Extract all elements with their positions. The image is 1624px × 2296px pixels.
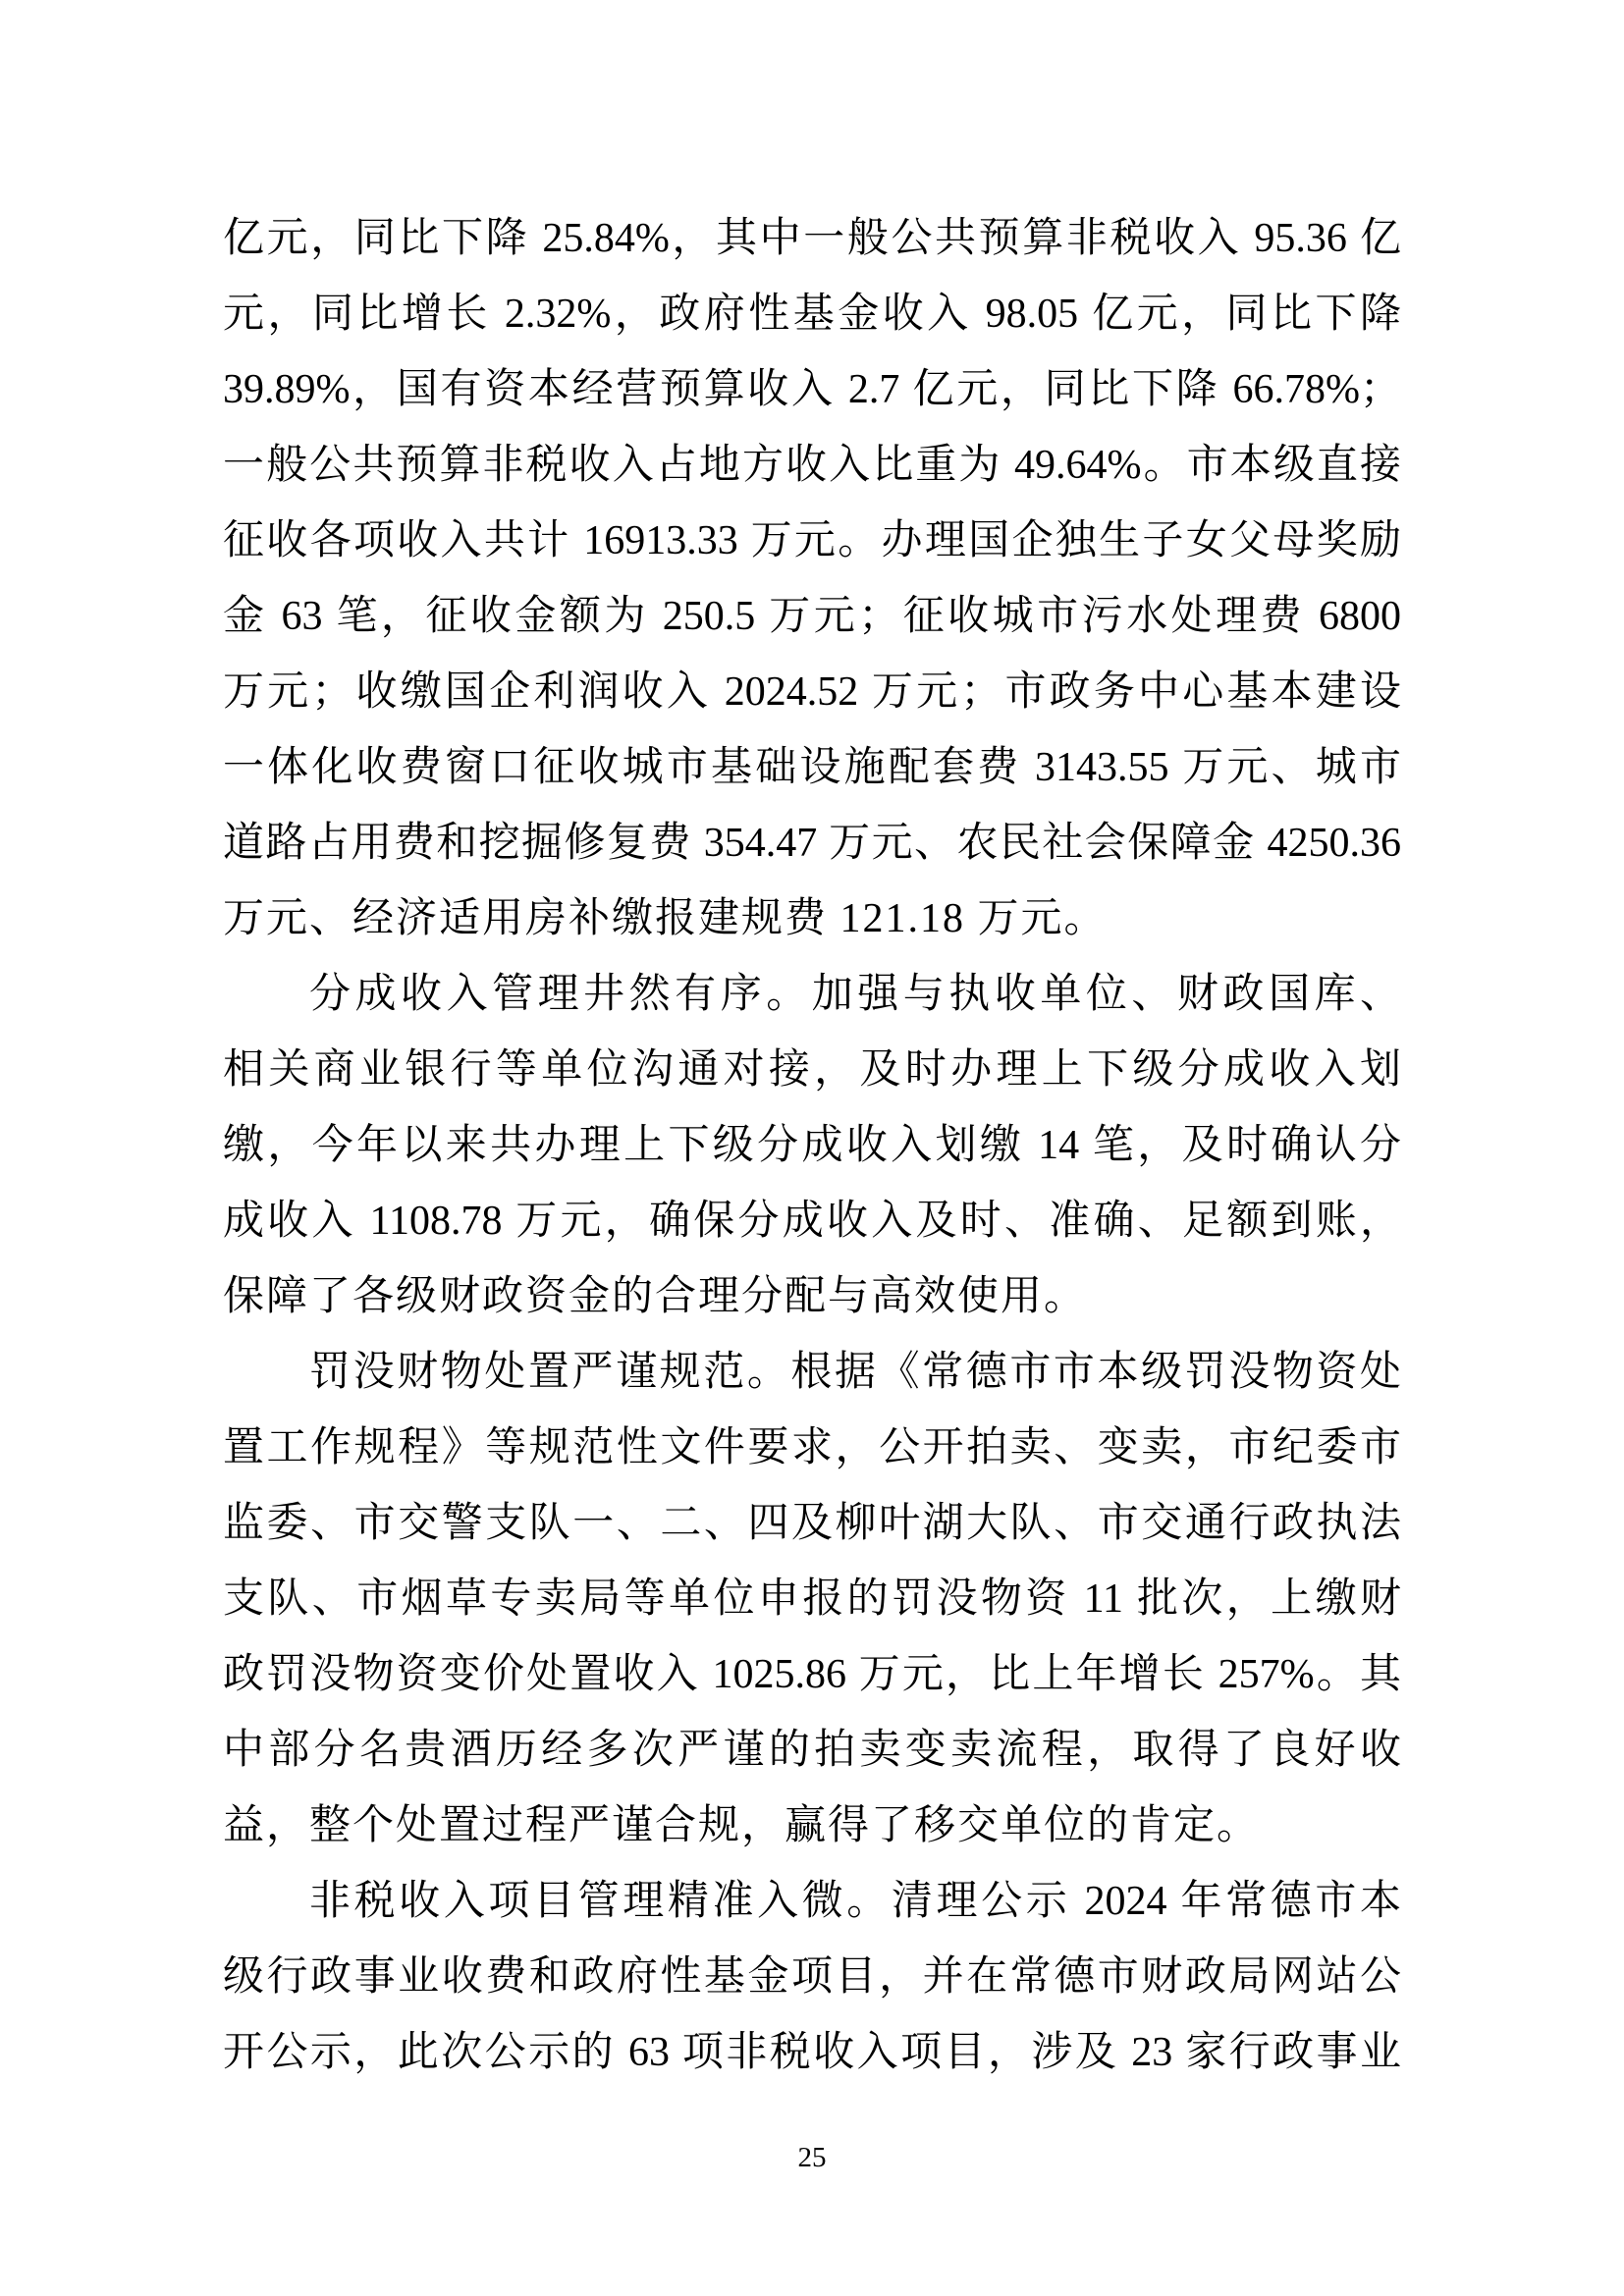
text-line: 成收入 1108.78 万元，确保分成收入及时、准确、足额到账，: [223, 1184, 1401, 1259]
page-number: 25: [0, 2138, 1624, 2177]
text-line: 39.89%，国有资本经营预算收入 2.7 亿元，同比下降 66.78%；: [223, 352, 1401, 428]
text-line: 监委、市交警支队一、二、四及柳叶湖大队、市交通行政执法: [223, 1486, 1401, 1562]
text-line: 置工作规程》等规范性文件要求，公开拍卖、变卖，市纪委市: [223, 1411, 1401, 1486]
document-page: 亿元，同比下降 25.84%，其中一般公共预算非税收入 95.36 亿元，同比增…: [0, 0, 1624, 2296]
text-line: 分成收入管理井然有序。加强与执收单位、财政国库、: [223, 957, 1401, 1033]
text-line: 保障了各级财政资金的合理分配与高效使用。: [223, 1259, 1401, 1335]
text-line: 非税收入项目管理精准入微。清理公示 2024 年常德市本: [223, 1864, 1401, 1940]
text-line: 金 63 笔，征收金额为 250.5 万元；征收城市污水处理费 6800: [223, 579, 1401, 655]
text-line: 道路占用费和挖掘修复费 354.47 万元、农民社会保障金 4250.36: [223, 806, 1401, 881]
text-line: 益，整个处置过程严谨合规，赢得了移交单位的肯定。: [223, 1789, 1401, 1864]
text-line: 一体化收费窗口征收城市基础设施配套费 3143.55 万元、城市: [223, 730, 1401, 806]
text-line: 支队、市烟草专卖局等单位申报的罚没物资 11 批次，上缴财: [223, 1562, 1401, 1637]
text-line: 缴，今年以来共办理上下级分成收入划缴 14 笔，及时确认分: [223, 1108, 1401, 1184]
text-line: 级行政事业收费和政府性基金项目，并在常德市财政局网站公: [223, 1940, 1401, 2015]
text-line: 开公示，此次公示的 63 项非税收入项目，涉及 23 家行政事业: [223, 2015, 1401, 2091]
text-block: 亿元，同比下降 25.84%，其中一般公共预算非税收入 95.36 亿元，同比增…: [223, 201, 1401, 2091]
text-line: 一般公共预算非税收入占地方收入比重为 49.64%。市本级直接: [223, 428, 1401, 504]
text-line: 征收各项收入共计 16913.33 万元。办理国企独生子女父母奖励: [223, 504, 1401, 579]
text-line: 元，同比增长 2.32%，政府性基金收入 98.05 亿元，同比下降: [223, 277, 1401, 352]
text-line: 亿元，同比下降 25.84%，其中一般公共预算非税收入 95.36 亿: [223, 201, 1401, 277]
text-line: 中部分名贵酒历经多次严谨的拍卖变卖流程，取得了良好收: [223, 1713, 1401, 1789]
text-line: 相关商业银行等单位沟通对接，及时办理上下级分成收入划: [223, 1033, 1401, 1108]
text-line: 政罚没物资变价处置收入 1025.86 万元，比上年增长 257%。其: [223, 1637, 1401, 1713]
text-line: 万元；收缴国企利润收入 2024.52 万元；市政务中心基本建设: [223, 655, 1401, 730]
text-line: 罚没财物处置严谨规范。根据《常德市市本级罚没物资处: [223, 1335, 1401, 1411]
text-line: 万元、经济适用房补缴报建规费 121.18 万元。: [223, 881, 1401, 957]
